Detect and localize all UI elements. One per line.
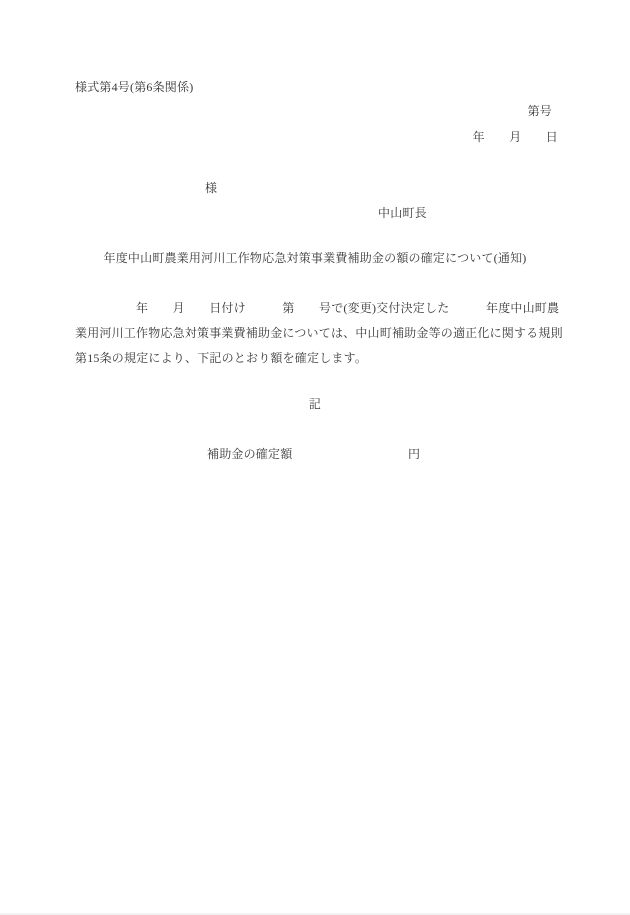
record-marker: 記 — [0, 397, 630, 411]
date-line: 年 月 日 — [473, 130, 558, 144]
sender-name: 中山町長 — [378, 206, 427, 220]
form-number: 様式第4号(第6条関係) — [75, 80, 193, 94]
body-line: 業用河川工作物応急対策事業費補助金については、中山町補助金等の適正化に関する規則 — [75, 326, 563, 340]
amount-label: 補助金の確定額 — [207, 447, 292, 461]
body-line: 第15条の規定により、下記のとおり額を確定します。 — [75, 351, 367, 365]
document-page: 様式第4号(第6条関係) 第号 年 月 日 様 中山町長 年度中山町農業用河川工… — [0, 0, 630, 915]
document-number-line: 第号 — [528, 104, 552, 118]
document-title: 年度中山町農業用河川工作物応急対策事業費補助金の額の確定について(通知) — [0, 251, 630, 265]
amount-unit-yen: 円 — [408, 447, 420, 461]
recipient-suffix: 様 — [205, 181, 217, 195]
body-line: 年 月 日付け 第 号で(変更)交付決定した 年度中山町農 — [75, 301, 559, 315]
